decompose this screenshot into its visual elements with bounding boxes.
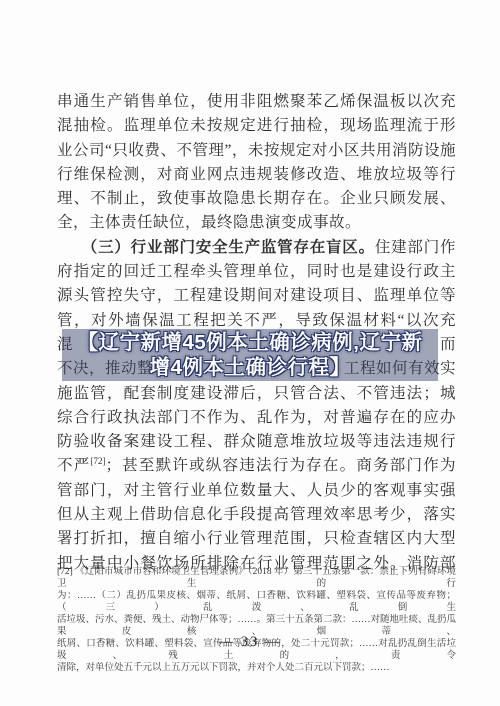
footnote-line: 为：……（二）乱扔瓜果皮核、烟蒂、纸屑、口香糖、饮料罐、塑料袋、宣传品等废弃物；… (57, 590, 456, 614)
body-line: 行维保检测，对商业网点违规装修改造、堆放垃圾等行为不管 (57, 163, 456, 187)
body-line: 串通生产销售单位，使用非阻燃聚苯乙烯保温板以次充好、蒙 (57, 90, 456, 114)
body-line-segment: 全，主体责任缺位，最终隐患演变成事故。 (57, 214, 361, 231)
body-line: 不严[72]；甚至默许或纵容违法行为存在。商务部门作为行业主 (57, 454, 456, 478)
body-line-segment: 但从主观上借助信息化手段提高管理效率思考少，落实上级部 (57, 506, 456, 527)
footnote-line: 清除，对单位处五千元以上五万元以下罚款，并对个人处二百元以下罚款；…… (57, 662, 456, 674)
body-line: 理、不制止，致使事故隐患长期存在。企业只顾发展、不管安 (57, 187, 456, 211)
footnote-marker: [72] (90, 456, 105, 466)
overlay-caption-banner: 【辽宁新增45例本土确诊病例,辽宁新 增4例本土确诊行程】 (62, 329, 438, 381)
body-line-segment: 行维保检测，对商业网点违规装修改造、堆放垃圾等行为不管 (57, 166, 456, 187)
page-number: — 33 — (0, 634, 500, 651)
body-line: 混抽检。监理单位未按规定进行抽检，现场监理流于形式。物 (57, 114, 456, 138)
body-line-segment: 综合行政执法部门不作为、乱作为，对普遍存在的应办未办消 (57, 409, 456, 430)
body-line-segment: 管部门，对主管行业单位数量大、人员少的客观事实强调多， (57, 482, 456, 503)
body-line-segment: （三）行业部门安全生产监管存在盲区。 (57, 239, 375, 256)
body-line: 署打折扣，擅自缩小行业管理范围，只检查辖区内大型场所， (57, 527, 456, 551)
body-line-segment: 施监管，配套制度建设滞后，只管合法、不管违法；城市管理 (57, 385, 456, 406)
body-line-segment: 源头管控失守，工程建设期间对建设项目、监理单位等疏于监 (57, 287, 456, 308)
footnotes: [72] 《辽阳市城市市容和环境卫生管理条例》（2018 年）第三十五条第一款：… (57, 566, 456, 674)
body-line: 业公司“只收费、不管理”，未按规定对小区共用消防设施进 (57, 139, 456, 163)
body-line: 管部门，对主管行业单位数量大、人员少的客观事实强调多， (57, 479, 456, 503)
body-line-segment: 防验收备案建设工程、群众随意堆放垃圾等违法违规行为执法 (57, 433, 456, 454)
footnote-line: [72] 《辽阳市城市市容和环境卫生管理条例》（2018 年）第三十五条第一款：… (57, 566, 456, 590)
body-line: 综合行政执法部门不作为、乱作为，对普遍存在的应办未办消 (57, 406, 456, 430)
overlay-caption-line-1: 【辽宁新增45例本土确诊病例,辽宁新 (78, 330, 423, 355)
body-line-segment: 串通生产销售单位，使用非阻燃聚苯乙烯保温板以次充好、蒙 (57, 93, 456, 114)
body-line: 但从主观上借助信息化手段提高管理效率思考少，落实上级部 (57, 503, 456, 527)
body-line-segment: 业公司“只收费、不管理”，未按规定对小区共用消防设施进 (57, 142, 456, 163)
body-line: （三）行业部门安全生产监管存在盲区。住建部门作为政 (57, 236, 456, 260)
document-page: 串通生产销售单位，使用非阻燃聚苯乙烯保温板以次充好、蒙混抽检。监理单位未按规定进… (0, 0, 500, 706)
body-line: 施监管，配套制度建设滞后，只管合法、不管违法；城市管理 (57, 382, 456, 406)
body-line-segment: 理、不制止，致使事故隐患长期存在。企业只顾发展、不管安 (57, 190, 456, 211)
body-line-segment: ；甚至默许或纵容违法行为存在。商务部门作为行业主 (57, 457, 456, 478)
body-line-segment: 府指定的回迁工程牵头管理单位，同时也是建设行政主管部门， (57, 263, 456, 284)
body-line: 府指定的回迁工程牵头管理单位，同时也是建设行政主管部门， (57, 260, 456, 284)
body-line: 源头管控失守，工程建设期间对建设项目、监理单位等疏于监 (57, 284, 456, 308)
body-line: 防验收备案建设工程、群众随意堆放垃圾等违法违规行为执法 (57, 430, 456, 454)
body-line-fragment-right: 而 (440, 333, 456, 357)
body-line-segment: 混抽检。监理单位未按规定进行抽检，现场监理流于形式。物 (57, 117, 456, 138)
body-line: 全，主体责任缺位，最终隐患演变成事故。 (57, 211, 456, 235)
body-line-segment: 署打折扣，擅自缩小行业管理范围，只检查辖区内大型场所， (57, 530, 456, 551)
overlay-caption-line-2: 增4例本土确诊行程】 (150, 355, 351, 380)
body-line-segment: 不严 (57, 457, 90, 474)
